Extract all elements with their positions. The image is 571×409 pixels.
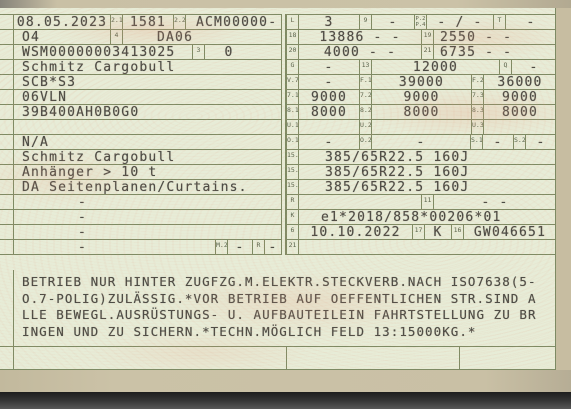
field-code-label: U.2 [359,120,372,134]
field-code-label: 8.2 [359,105,372,119]
form-row: -M.2-R- [0,239,281,255]
form-row: 610.10.202217K16GW046651 [286,224,556,240]
field-value: K [425,225,451,239]
field-value: 9000 [484,90,556,104]
form-row: Ke1*2018/858*00206*01 [286,209,556,225]
field-code-label: S.2 [513,135,526,149]
field-value: - [14,210,281,224]
field-code-label: 21 [286,240,299,254]
field-code-label: 7.3 [471,90,484,104]
form-row: 21 [286,239,556,255]
empty-cell [14,347,287,369]
field-code-label: 15.1 [286,150,299,164]
cropped-label-cell [0,135,14,149]
field-code-label: 11 [421,195,434,209]
field-value: O4 [14,30,110,44]
form-row: N/A [0,134,281,150]
field-value: WSM00000003413025 [14,45,192,59]
cropped-label-cell [0,105,14,119]
field-value: DA Seitenplanen/Curtains. [14,180,281,194]
field-value [299,120,359,134]
field-value: 9000 [299,90,359,104]
field-value: - [14,225,281,239]
field-value: 39000 [372,75,471,89]
field-code-label: V.7 [286,75,299,89]
field-value: - [14,240,215,254]
form-row: 204000 - -216735 - - [286,44,556,60]
cropped-label-cell [0,60,14,74]
field-code-label: 17 [412,225,425,239]
form-row: G-1312000Q- [286,59,556,75]
field-value [14,120,281,134]
cropped-label-cell [0,180,14,194]
field-value: 1581 [123,15,173,29]
form-left-block: 08.05.20232.115812.2ACM00000-O44DA06WSM0… [0,14,282,255]
form-row: Anhänger > 10 t [0,164,281,180]
field-value: 8000 [299,105,359,119]
field-code-label: 21 [421,45,434,59]
field-value: 06VLN [14,90,281,104]
field-value: - [512,60,556,74]
form-row: V.7-F.139000F.236000 [286,74,556,90]
empty-cell [0,347,14,369]
cropped-label-cell [0,150,14,164]
field-value [299,195,421,209]
page-top-edge [0,0,571,8]
field-value: Schmitz Cargobull [14,150,281,164]
field-value: - [299,75,359,89]
cropped-label-cell [0,195,14,209]
form-row: R11- - [286,194,556,210]
cropped-label-cell [0,240,14,254]
cropped-label-cell [0,225,14,239]
field-value: 8000 [484,105,556,119]
field-value: 385/65R22.5 160J [299,150,556,164]
field-code-label: 13 [359,60,372,74]
field-value: 39B400AH0B0G0 [14,105,281,119]
field-value [253,45,281,59]
field-code-label: R [286,195,299,209]
field-value [299,240,556,254]
form-right-block: L39-P.2P.4- / -T-1813886 - -192550 - -20… [285,14,556,255]
field-code-label: 7.1 [286,90,299,104]
field-code-label: 20 [286,45,299,59]
vehicle-registration-document-scan: 08.05.20232.115812.2ACM00000-O44DA06WSM0… [0,0,571,409]
field-code-label: R [252,240,265,254]
field-value: 385/65R22.5 160J [299,165,556,179]
field-code-label: K [286,210,299,224]
field-value: 2550 - - [434,30,556,44]
cropped-label-cell [0,270,14,346]
form-row: 06VLN [0,89,281,105]
field-code-label: S.1 [470,135,483,149]
scan-dark-band [0,392,571,409]
field-code-label: M.2 [215,240,228,254]
form-row: L39-P.2P.4- / -T- [286,14,556,30]
field-code-label-line: P.4 [415,22,426,28]
field-code-label: L [286,15,299,29]
field-value: 08.05.2023 [14,15,110,29]
field-value [484,120,556,134]
field-code-label: U.3 [471,120,484,134]
empty-cell [287,347,460,369]
field-value: Anhänger > 10 t [14,165,281,179]
form-row: 15.3385/65R22.5 160J [286,179,556,195]
field-value: - [372,15,414,29]
field-value: 10.10.2022 [299,225,412,239]
field-value: 36000 [484,75,556,89]
field-code-label: 8.3 [471,105,484,119]
field-code-label: 3 [192,45,205,59]
field-code-label: P.2P.4 [414,15,427,29]
field-value: SCB*S3 [14,75,281,89]
field-value: - [506,15,556,29]
field-code-label: 15.2 [286,165,299,179]
form-row: 15.1385/65R22.5 160J [286,149,556,165]
field-code-label: 2.2 [173,15,186,29]
form-row: - [0,209,281,225]
form-row: 39B400AH0B0G0 [0,104,281,120]
remarks-field: BETRIEB NUR HINTER ZUGFZG.M.ELEKTR.STECK… [0,270,556,347]
form-row: Schmitz Cargobull [0,149,281,165]
form-row: 7.190007.290007.39000 [286,89,556,105]
cropped-label-cell [0,15,14,29]
field-code-label: 2.1 [110,15,123,29]
field-code-label: 9 [359,15,372,29]
form-paper: 08.05.20232.115812.2ACM00000-O44DA06WSM0… [0,8,556,370]
field-value: ACM00000- [186,15,281,29]
form-row: DA Seitenplanen/Curtains. [0,179,281,195]
cropped-label-cell [0,45,14,59]
field-value: - [14,195,281,209]
field-value: e1*2018/858*00206*01 [299,210,556,224]
field-value: - - [434,195,556,209]
cropped-label-cell [0,210,14,224]
field-code-label: F.1 [359,75,372,89]
field-value: - [228,240,252,254]
field-value: 12000 [372,60,499,74]
field-code-label: 8.1 [286,105,299,119]
field-code-label: 19 [421,30,434,44]
remarks-text: BETRIEB NUR HINTER ZUGFZG.M.ELEKTR.STECK… [14,270,556,346]
form-row: SCB*S3 [0,74,281,90]
field-value: 0 [205,45,253,59]
field-value: 385/65R22.5 160J [299,180,556,194]
field-code-label: 6 [286,225,299,239]
field-value: GW046651 [464,225,556,239]
field-code-label: G [286,60,299,74]
empty-bottom-row [0,347,556,369]
field-code-label: 15.3 [286,180,299,194]
form-row: O44DA06 [0,29,281,45]
field-code-label: T [493,15,506,29]
field-value: 6735 - - [434,45,556,59]
form-row: U.1U.2U.3 [286,119,556,135]
field-value: DA06 [123,30,281,44]
field-value [372,120,471,134]
field-code-label: U.1 [286,120,299,134]
field-code-label: 4 [110,30,123,44]
cropped-label-cell [0,120,14,134]
form-row: 08.05.20232.115812.2ACM00000- [0,14,281,30]
field-code-label: Q [499,60,512,74]
field-value: - [299,60,359,74]
field-code-label: F.2 [471,75,484,89]
field-value: - [265,240,281,254]
form-row: 1813886 - -192550 - - [286,29,556,45]
field-value: 8000 [372,105,471,119]
form-row: - [0,194,281,210]
page-bottom-edge [0,370,571,392]
cropped-label-cell [0,75,14,89]
field-value: - [483,135,513,149]
form-row: O.1-O.2-S.1-S.2- [286,134,556,150]
field-value: - [526,135,556,149]
field-code-label: 18 [286,30,299,44]
form-row: 15.2385/65R22.5 160J [286,164,556,180]
form-row: 8.180008.280008.38000 [286,104,556,120]
form-row: Schmitz Cargobull [0,59,281,75]
field-code-label: O.2 [359,135,372,149]
field-value: 4000 - - [299,45,421,59]
field-value: Schmitz Cargobull [14,60,281,74]
field-value: - [299,135,359,149]
form-row: WSM0000000341302530 [0,44,281,60]
field-value: - / - [427,15,493,29]
field-code-label: 16 [451,225,464,239]
field-value: - [372,135,470,149]
form-row [0,119,281,135]
cropped-label-cell [0,165,14,179]
field-code-label: O.1 [286,135,299,149]
field-value: N/A [14,135,281,149]
form-row: - [0,224,281,240]
field-value: 13886 - - [299,30,421,44]
cropped-label-cell [0,30,14,44]
field-code-label: 7.2 [359,90,372,104]
field-value: 9000 [372,90,471,104]
cropped-label-cell [0,90,14,104]
field-value: 3 [299,15,359,29]
empty-cell [460,347,556,369]
